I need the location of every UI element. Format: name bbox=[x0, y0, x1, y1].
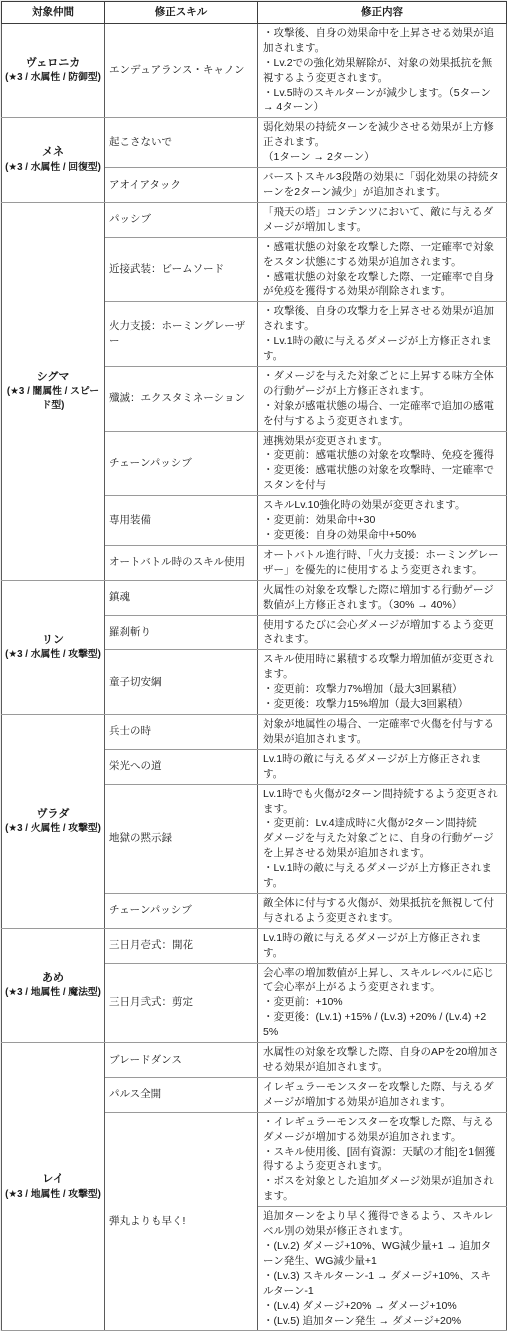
skill-cell: 弾丸よりも早く! bbox=[105, 1112, 258, 1331]
content-cell: Lv.1時の敵に与えるダメージが上方修正されます。 bbox=[258, 749, 507, 784]
content-cell: 火属性の対象を攻撃した際に増加する行動ゲージ数値が上方修正されます。（30% →… bbox=[258, 580, 507, 615]
content-cell: 弱化効果の持続ターンを減少させる効果が上方修正されます。 （1ターン → 2ター… bbox=[258, 118, 507, 168]
content-cell: ・ダメージを与えた対象ごとに上昇する味方全体の行動ゲージが上方修正されます。 ・… bbox=[258, 366, 507, 431]
content-cell: 敵全体に付与する火傷が、効果抵抗を無視して付与されるよう変更されます。 bbox=[258, 893, 507, 928]
companion-label: (★3 / 水属性 / 攻撃型) bbox=[3, 648, 103, 662]
skill-cell: 火力支援：ホーミングレーザー bbox=[105, 302, 258, 367]
content-cell: ・イレギュラーモンスターを攻撃した際、与えるダメージが増加する効果が追加されます… bbox=[258, 1112, 507, 1206]
skill-cell: 近接武装：ビームソード bbox=[105, 237, 258, 302]
companion-label: (★3 / 火属性 / 攻撃型) bbox=[3, 822, 103, 836]
companion-name: メネ bbox=[3, 145, 103, 161]
companion-cell: レイ (★3 / 地属性 / 攻撃型) bbox=[2, 1043, 105, 1331]
content-cell: Lv.1時の敵に与えるダメージが上方修正されます。 bbox=[258, 928, 507, 963]
table-row: リン (★3 / 水属性 / 攻撃型) 鎮魂 火属性の対象を攻撃した際に増加する… bbox=[2, 580, 507, 615]
table-row: ヴラダ (★3 / 火属性 / 攻撃型) 兵士の時 対象が地属性の場合、一定確率… bbox=[2, 714, 507, 749]
companion-cell: ヴェロニカ (★3 / 水属性 / 防御型) bbox=[2, 23, 105, 117]
patch-notes-table: 対象仲間 修正スキル 修正内容 ヴェロニカ (★3 / 水属性 / 防御型) エ… bbox=[1, 1, 507, 1331]
companion-name: ヴラダ bbox=[3, 807, 103, 823]
table-header-row: 対象仲間 修正スキル 修正内容 bbox=[2, 2, 507, 24]
content-cell: スキル使用時に累積する攻撃力増加値が変更されます。 ・変更前：攻撃力7%増加（最… bbox=[258, 650, 507, 715]
skill-cell: 鎮魂 bbox=[105, 580, 258, 615]
content-cell: ・感電状態の対象を攻撃した際、一定確率で対象をスタン状態にする効果が追加されます… bbox=[258, 237, 507, 302]
content-cell: Lv.1時でも火傷が2ターン間持続するよう変更されます。 ・変更前：Lv.4達成… bbox=[258, 784, 507, 893]
companion-label: (★3 / 闇属性 / スピード型) bbox=[3, 385, 103, 413]
skill-cell: オートバトル時のスキル使用 bbox=[105, 545, 258, 580]
content-cell: 会心率の増加数値が上昇し、スキルレベルに応じて会心率が上がるよう変更されます。 … bbox=[258, 963, 507, 1043]
table-row: レイ (★3 / 地属性 / 攻撃型) ブレードダンス 水属性の対象を攻撃した際… bbox=[2, 1043, 507, 1078]
table-row: あめ (★3 / 地属性 / 魔法型) 三日月壱式：開花 Lv.1時の敵に与える… bbox=[2, 928, 507, 963]
content-cell: ・攻撃後、自身の攻撃力を上昇させる効果が追加されます。 ・Lv.1時の敵に与える… bbox=[258, 302, 507, 367]
table-row: シグマ (★3 / 闇属性 / スピード型) パッシブ 「飛天の塔」コンテンツに… bbox=[2, 202, 507, 237]
skill-cell: 起こさないで bbox=[105, 118, 258, 168]
companion-cell: メネ (★3 / 水属性 / 回復型) bbox=[2, 118, 105, 203]
skill-cell: 羅刹斬り bbox=[105, 615, 258, 650]
table-row: メネ (★3 / 水属性 / 回復型) 起こさないで 弱化効果の持続ターンを減少… bbox=[2, 118, 507, 168]
header-detail-column: 修正内容 bbox=[258, 2, 507, 24]
companion-cell: ヴラダ (★3 / 火属性 / 攻撃型) bbox=[2, 714, 105, 928]
skill-cell: エンデュアランス・キャノン bbox=[105, 23, 258, 117]
content-cell: イレギュラーモンスターを攻撃した際、与えるダメージが増加する効果が追加されます。 bbox=[258, 1077, 507, 1112]
skill-cell: 童子切安綱 bbox=[105, 650, 258, 715]
skill-cell: 兵士の時 bbox=[105, 714, 258, 749]
companion-name: あめ bbox=[3, 971, 103, 987]
companion-name: リン bbox=[3, 633, 103, 649]
companion-label: (★3 / 水属性 / 防御型) bbox=[3, 71, 103, 85]
skill-cell: パルス全開 bbox=[105, 1077, 258, 1112]
skill-cell: ブレードダンス bbox=[105, 1043, 258, 1078]
content-cell: 連携効果が変更されます。 ・変更前：感電状態の対象を攻撃時、免疫を獲得 ・変更後… bbox=[258, 431, 507, 496]
companion-cell: あめ (★3 / 地属性 / 魔法型) bbox=[2, 928, 105, 1042]
content-cell: 水属性の対象を攻撃した際、自身のAPを20増加させる効果が追加されます。 bbox=[258, 1043, 507, 1078]
companion-cell: シグマ (★3 / 闇属性 / スピード型) bbox=[2, 202, 105, 580]
companion-cell: リン (★3 / 水属性 / 攻撃型) bbox=[2, 580, 105, 714]
skill-cell: 地獄の黙示録 bbox=[105, 784, 258, 893]
companion-label: (★3 / 地属性 / 魔法型) bbox=[3, 986, 103, 1000]
content-cell: スキルLv.10強化時の効果が変更されます。 ・変更前：効果命中+30 ・変更後… bbox=[258, 496, 507, 546]
skill-cell: 三日月壱式：開花 bbox=[105, 928, 258, 963]
skill-cell: 殲滅：エクスタミネーション bbox=[105, 366, 258, 431]
content-cell: バーストスキル3段階の効果に「弱化効果の持続ターンを2ターン減少」が追加されます… bbox=[258, 168, 507, 203]
skill-cell: 三日月弐式：剪定 bbox=[105, 963, 258, 1043]
content-cell: 追加ターンをより早く獲得できるよう、スキルレベル別の効果が修正されます。 ・(L… bbox=[258, 1207, 507, 1331]
content-cell: 対象が地属性の場合、一定確率で火傷を付与する効果が追加されます。 bbox=[258, 714, 507, 749]
content-cell: 使用するたびに会心ダメージが増加するよう変更されます。 bbox=[258, 615, 507, 650]
skill-cell: アオイアタック bbox=[105, 168, 258, 203]
companion-name: シグマ bbox=[3, 370, 103, 386]
content-cell: ・攻撃後、自身の効果命中を上昇させる効果が追加されます。 ・Lv.2での強化効果… bbox=[258, 23, 507, 117]
content-cell: オートバトル進行時、「火力支援：ホーミングレーザー」を優先的に使用するよう変更さ… bbox=[258, 545, 507, 580]
skill-cell: チェーンパッシブ bbox=[105, 893, 258, 928]
companion-name: レイ bbox=[3, 1172, 103, 1188]
skill-cell: パッシブ bbox=[105, 202, 258, 237]
skill-cell: 専用装備 bbox=[105, 496, 258, 546]
skill-cell: チェーンパッシブ bbox=[105, 431, 258, 496]
companion-name: ヴェロニカ bbox=[3, 56, 103, 72]
header-target-column: 対象仲間 bbox=[2, 2, 105, 24]
header-skill-column: 修正スキル bbox=[105, 2, 258, 24]
companion-label: (★3 / 水属性 / 回復型) bbox=[3, 161, 103, 175]
companion-label: (★3 / 地属性 / 攻撃型) bbox=[3, 1188, 103, 1202]
content-cell: 「飛天の塔」コンテンツにおいて、敵に与えるダメージが増加します。 bbox=[258, 202, 507, 237]
table-row: ヴェロニカ (★3 / 水属性 / 防御型) エンデュアランス・キャノン ・攻撃… bbox=[2, 23, 507, 117]
skill-cell: 栄光への道 bbox=[105, 749, 258, 784]
